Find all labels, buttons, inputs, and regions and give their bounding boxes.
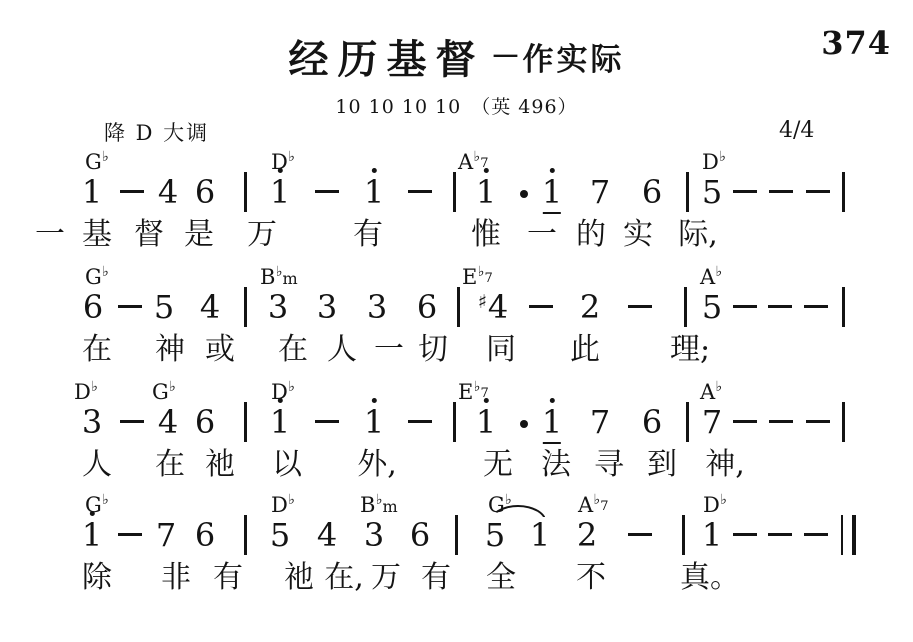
chord-row: G♭D♭B♭mG♭A♭7D♭ xyxy=(0,493,913,517)
lyric-char: 神, xyxy=(705,446,745,484)
chord-root: A xyxy=(458,150,473,174)
chord-symbol: E♭7 xyxy=(462,265,493,289)
note-digit: 6 xyxy=(642,175,662,209)
lyric-char: 不 xyxy=(576,559,606,597)
lyric-char: 一 xyxy=(374,331,404,369)
note-digit: 3 xyxy=(317,290,337,324)
lyric-row: 在神或在人一切同此理; xyxy=(0,331,913,373)
music-system-3: D♭G♭D♭E♭7A♭3461111767人在祂以外,无法寻到神, xyxy=(0,380,913,498)
duration-dash xyxy=(120,420,144,423)
lyric-char: 理; xyxy=(670,331,710,369)
lyric-char: 万 xyxy=(247,216,277,254)
octave-dot xyxy=(549,168,554,173)
note-digit: 1 xyxy=(476,405,496,439)
lyric-char: 有 xyxy=(213,559,243,597)
chord-symbol: G♭ xyxy=(85,150,109,174)
flat-icon: ♭ xyxy=(716,264,723,280)
barline xyxy=(453,402,456,442)
barline xyxy=(684,287,687,327)
note-row: 17654365121 xyxy=(0,518,913,552)
title-main: 经历基督 xyxy=(289,36,485,83)
chord-root: A xyxy=(578,493,593,517)
lyric-row: 人在祂以外,无法寻到神, xyxy=(0,446,913,488)
lyric-char: 基 xyxy=(82,216,112,254)
flat-icon: ♭ xyxy=(288,149,295,165)
note-digit: 6 xyxy=(417,290,437,324)
meter-line: 10 10 10 10（英 496） xyxy=(0,92,913,119)
duration-dash xyxy=(408,420,432,423)
note-digit: 1 xyxy=(270,175,290,209)
music-system-2: G♭B♭mE♭7A♭6543336♯425在神或在人一切同此理; xyxy=(0,265,913,383)
flat-icon: ♭ xyxy=(276,264,283,280)
lyric-char: 祂 xyxy=(205,446,235,484)
chord-symbol: A♭7 xyxy=(578,493,609,517)
lyric-char: 的 xyxy=(576,216,606,254)
note-digit: 6 xyxy=(410,518,430,552)
lyric-char: 切 xyxy=(418,331,448,369)
chord-symbol: D♭ xyxy=(271,150,295,174)
chord-suffix: 7 xyxy=(484,271,492,286)
lyric-char: 真。 xyxy=(680,559,740,597)
octave-dot xyxy=(483,398,488,403)
note-digit: ♯4 xyxy=(478,290,509,329)
chord-symbol: D♭ xyxy=(271,380,295,404)
lyric-char: 人 xyxy=(327,331,357,369)
flat-icon: ♭ xyxy=(720,492,727,508)
lyric-char: 有 xyxy=(353,216,383,254)
note-digit: 1 xyxy=(530,518,550,552)
chord-root: B xyxy=(260,265,275,289)
duration-dash xyxy=(806,420,830,423)
lyric-char: 际, xyxy=(678,216,718,254)
hymn-title: 经历基督－作实际 xyxy=(0,28,913,85)
note-row: 1461111765 xyxy=(0,175,913,209)
duration-dash xyxy=(628,305,652,308)
flat-icon: ♭ xyxy=(102,149,109,165)
note-digit: 2 xyxy=(577,518,597,552)
lyric-char: 此 xyxy=(570,331,600,369)
chord-root: E xyxy=(462,265,477,289)
flat-icon: ♭ xyxy=(169,379,176,395)
duration-dash xyxy=(806,190,830,193)
chord-root: D xyxy=(703,493,720,517)
chord-suffix: m xyxy=(283,269,298,288)
lyric-char: 是 xyxy=(184,216,214,254)
duration-dash xyxy=(315,420,339,423)
octave-dot xyxy=(277,168,282,173)
chord-symbol: G♭ xyxy=(152,380,176,404)
lyric-char: 或 xyxy=(205,331,235,369)
title-subtitle: 作实际 xyxy=(523,42,625,78)
meter-pattern: 10 10 10 10 xyxy=(335,96,461,118)
chord-root: A xyxy=(700,380,715,404)
flat-icon: ♭ xyxy=(719,149,726,165)
note-digit: 1 xyxy=(542,405,562,439)
octave-dot xyxy=(89,511,94,516)
lyric-char: 到 xyxy=(647,446,677,484)
flat-icon: ♭ xyxy=(288,379,295,395)
note-digit: 6 xyxy=(83,290,103,324)
chord-symbol: B♭m xyxy=(260,265,298,289)
duration-dash xyxy=(120,190,144,193)
note-digit: 1 xyxy=(82,175,102,209)
eighth-underline xyxy=(543,212,561,215)
duration-dash xyxy=(733,305,757,308)
chord-root: D xyxy=(74,380,91,404)
chord-symbol: D♭ xyxy=(271,493,295,517)
music-system-4: G♭D♭B♭mG♭A♭7D♭17654365121除非有祂在,万有全不真。 xyxy=(0,493,913,611)
lyric-char: 在 xyxy=(82,331,112,369)
note-digit: 1 xyxy=(702,518,722,552)
note-row: 3461111767 xyxy=(0,405,913,439)
chord-symbol: D♭ xyxy=(703,493,727,517)
lyric-char: 寻 xyxy=(594,446,624,484)
octave-dot xyxy=(371,168,376,173)
note-digit: 4 xyxy=(200,290,220,324)
chord-symbol: D♭ xyxy=(74,380,98,404)
barline xyxy=(682,515,685,555)
verse-number: 一 xyxy=(35,216,65,254)
chord-row: D♭G♭D♭E♭7A♭ xyxy=(0,380,913,404)
chord-symbol: D♭ xyxy=(702,150,726,174)
chord-suffix: 7 xyxy=(600,499,608,514)
note-digit: 4 xyxy=(317,518,337,552)
lyric-char: 惟 xyxy=(471,216,501,254)
lyric-char: 全 xyxy=(486,559,516,597)
note-digit: 1 xyxy=(364,405,384,439)
note-digit: 5 xyxy=(270,518,290,552)
lyric-char: 同 xyxy=(486,331,516,369)
note-row: 6543336♯425 xyxy=(0,290,913,324)
barline xyxy=(457,287,460,327)
lyric-char: 以 xyxy=(272,446,302,484)
barline xyxy=(244,172,247,212)
duration-dash xyxy=(733,420,757,423)
flat-icon: ♭ xyxy=(376,492,383,508)
note-digit: 5 xyxy=(702,290,722,324)
chord-root: G xyxy=(152,380,169,404)
chord-root: G xyxy=(85,265,102,289)
chord-root: A xyxy=(700,265,715,289)
chord-root: E xyxy=(458,380,473,404)
lyric-char: 在, xyxy=(324,559,364,597)
barline xyxy=(455,515,458,555)
note-digit: 7 xyxy=(590,175,610,209)
lyric-char: 祂 xyxy=(284,559,314,597)
duration-dash xyxy=(408,190,432,193)
lyric-char: 法 xyxy=(541,446,571,484)
augmentation-dot xyxy=(520,420,528,428)
duration-dash xyxy=(733,190,757,193)
lyric-row: 除非有祂在,万有全不真。 xyxy=(0,559,913,601)
note-digit: 7 xyxy=(702,405,722,439)
note-digit: 3 xyxy=(367,290,387,324)
lyric-char: 神 xyxy=(155,331,185,369)
chord-symbol: A♭ xyxy=(700,265,722,289)
barline xyxy=(686,402,689,442)
duration-dash xyxy=(733,533,757,536)
barline xyxy=(453,172,456,212)
duration-dash xyxy=(769,190,793,193)
barline xyxy=(244,402,247,442)
lyric-char: 人 xyxy=(82,446,112,484)
music-system-1: G♭D♭A♭7D♭1461111765一基督是万有惟一的实际, xyxy=(0,150,913,268)
flat-icon: ♭ xyxy=(288,492,295,508)
chord-suffix: m xyxy=(383,497,398,516)
duration-dash xyxy=(529,305,553,308)
lyric-char: 有 xyxy=(421,559,451,597)
note-digit: 3 xyxy=(82,405,102,439)
duration-dash xyxy=(804,533,828,536)
flat-icon: ♭ xyxy=(102,492,109,508)
note-digit: 1 xyxy=(476,175,496,209)
barline xyxy=(244,287,247,327)
sharp-icon: ♯ xyxy=(478,291,487,313)
chord-symbol: B♭m xyxy=(360,493,398,517)
time-signature: 4/4 xyxy=(779,118,814,143)
eighth-underline xyxy=(543,442,561,445)
meter-reference: （英 496） xyxy=(471,96,577,118)
chord-root: D xyxy=(702,150,719,174)
note-digit: 6 xyxy=(195,518,215,552)
flat-icon: ♭ xyxy=(716,379,723,395)
lyric-char: 在 xyxy=(155,446,185,484)
duration-dash xyxy=(768,533,792,536)
note-digit: 7 xyxy=(590,405,610,439)
barline xyxy=(244,515,247,555)
lyric-char: 在 xyxy=(278,331,308,369)
duration-dash xyxy=(315,190,339,193)
duration-dash xyxy=(804,305,828,308)
flat-icon: ♭ xyxy=(91,379,98,395)
octave-dot xyxy=(483,168,488,173)
lyric-char: 万 xyxy=(371,559,401,597)
note-digit: 6 xyxy=(195,405,215,439)
key-signature: 降 D 大调 xyxy=(104,117,209,147)
note-digit: 5 xyxy=(702,175,722,209)
hymn-page: 374 经历基督－作实际 10 10 10 10（英 496） 降 D 大调 4… xyxy=(0,0,913,642)
barline xyxy=(686,172,689,212)
note-digit: 2 xyxy=(580,290,600,324)
barline xyxy=(842,402,845,442)
lyric-char: 外, xyxy=(357,446,397,484)
duration-dash xyxy=(769,420,793,423)
chord-symbol: A♭ xyxy=(700,380,722,404)
title-dash: － xyxy=(491,40,521,75)
lyric-char: 除 xyxy=(82,559,112,597)
flat-icon: ♭ xyxy=(102,264,109,280)
octave-dot xyxy=(277,398,282,403)
note-digit: 6 xyxy=(642,405,662,439)
final-barline xyxy=(841,515,856,555)
duration-dash xyxy=(118,305,142,308)
duration-dash xyxy=(118,533,142,536)
lyric-char: 一 xyxy=(527,216,557,254)
chord-root: G xyxy=(85,150,102,174)
note-digit: 3 xyxy=(364,518,384,552)
lyric-char: 无 xyxy=(483,446,513,484)
chord-root: B xyxy=(360,493,375,517)
augmentation-dot xyxy=(520,190,528,198)
chord-symbol: G♭ xyxy=(85,265,109,289)
lyric-char: 非 xyxy=(161,559,191,597)
octave-dot xyxy=(549,398,554,403)
barline xyxy=(842,287,845,327)
note-digit: 3 xyxy=(268,290,288,324)
note-digit: 1 xyxy=(542,175,562,209)
chord-row: G♭D♭A♭7D♭ xyxy=(0,150,913,174)
octave-dot xyxy=(371,398,376,403)
lyric-char: 督 xyxy=(134,216,164,254)
note-digit: 4 xyxy=(158,175,178,209)
barline xyxy=(842,172,845,212)
note-digit: 1 xyxy=(82,518,102,552)
duration-dash xyxy=(768,305,792,308)
lyric-char: 实 xyxy=(623,216,653,254)
note-digit: 7 xyxy=(156,518,176,552)
chord-root: D xyxy=(271,493,288,517)
note-digit: 6 xyxy=(195,175,215,209)
note-digit: 4 xyxy=(158,405,178,439)
note-digit: 5 xyxy=(485,518,505,552)
note-digit: 1 xyxy=(364,175,384,209)
chord-row: G♭B♭mE♭7A♭ xyxy=(0,265,913,289)
note-digit: 5 xyxy=(154,290,174,324)
note-digit: 1 xyxy=(270,405,290,439)
lyric-row: 一基督是万有惟一的实际, xyxy=(0,216,913,258)
duration-dash xyxy=(628,533,652,536)
chord-symbol: G♭ xyxy=(85,493,109,517)
